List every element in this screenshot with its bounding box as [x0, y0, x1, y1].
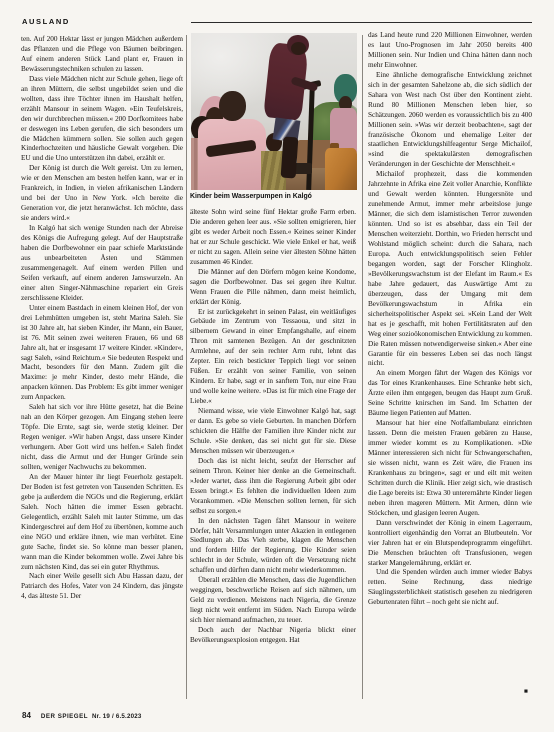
column-divider-2 — [362, 35, 363, 699]
magazine-name: DER SPIEGEL — [41, 713, 88, 720]
paragraph: Doch auch der Nachbar Nigeria blickt ein… — [190, 626, 356, 646]
paragraph: Michailof prophezeit, dass die kommenden… — [368, 170, 532, 369]
paragraph: Eine ähnliche demografische Entwicklung … — [368, 71, 532, 171]
header-rule — [191, 22, 532, 23]
paragraph: Die Männer auf den Dörfern mögen keine K… — [190, 268, 356, 308]
paragraph: Überall erzählen die Menschen, dass die … — [190, 576, 356, 626]
article-end-mark: ■ — [524, 689, 528, 696]
paragraph: Er ist zurückgekehrt in seinen Palast, e… — [190, 308, 356, 408]
article-column-3: das Land heute rund 220 Millionen Einwoh… — [368, 31, 532, 703]
paragraph: In Kalgó hat sich wenige Stunden nach de… — [21, 224, 183, 304]
article-column-1: ten. Auf 200 Hektar lässt er jungen Mädc… — [21, 35, 183, 703]
paragraph: das Land heute rund 220 Millionen Einwoh… — [368, 31, 532, 71]
page-footer: 84DER SPIEGELNr. 19 / 6.5.2023 — [22, 705, 322, 723]
article-photo — [191, 33, 357, 190]
paragraph: Dann verschwindet der König in einem Lag… — [368, 519, 532, 569]
paragraph: ten. Auf 200 Hektar lässt er jungen Mädc… — [21, 35, 183, 75]
section-label: AUSLAND — [22, 17, 70, 26]
issue-info: Nr. 19 / 6.5.2023 — [92, 713, 142, 720]
paragraph: Unter einem Bastdach in einem kleinen Ho… — [21, 304, 183, 404]
paragraph: In den nächsten Tagen fährt Mansour in w… — [190, 517, 356, 577]
paragraph: älteste Sohn wird seine fünf Hektar groß… — [190, 208, 356, 268]
magazine-page: AUSLAND ten. Auf 200 Hektar lässt er jun… — [0, 0, 554, 732]
paragraph: An einem Morgen fährt der Wagen des Köni… — [368, 369, 532, 419]
paragraph: Niemand wisse, wie viele Einwohner Kalgó… — [190, 407, 356, 457]
photo-boy-face — [291, 42, 306, 55]
page-number: 84 — [22, 711, 31, 720]
paragraph: Dass viele Mädchen nicht zur Schule gehe… — [21, 75, 183, 165]
paragraph: Saleh hat sich vor ihre Hütte gesetzt, h… — [21, 403, 183, 473]
photo-girl-head — [219, 91, 246, 121]
paragraph: Doch das ist nicht leicht, seufzt der He… — [190, 457, 356, 517]
paragraph: Nach einer Weile gesellt sich Abu Hassan… — [21, 572, 183, 602]
photo-caption: Kinder beim Wasserpumpen in Kalgó — [190, 193, 356, 200]
photo-jerrycan — [325, 148, 357, 190]
paragraph: Und die Spenden würden auch immer wieder… — [368, 568, 532, 608]
paragraph: An der Mauer hinter ihr liegt Feuerholz … — [21, 473, 183, 573]
paragraph: Mansour hat hier eine Notfallambulanz ei… — [368, 419, 532, 519]
column-divider-1 — [186, 35, 187, 699]
article-column-2: älteste Sohn wird seine fünf Hektar groß… — [190, 208, 356, 704]
paragraph: Der König ist durch die Welt gereist. Um… — [21, 164, 183, 224]
